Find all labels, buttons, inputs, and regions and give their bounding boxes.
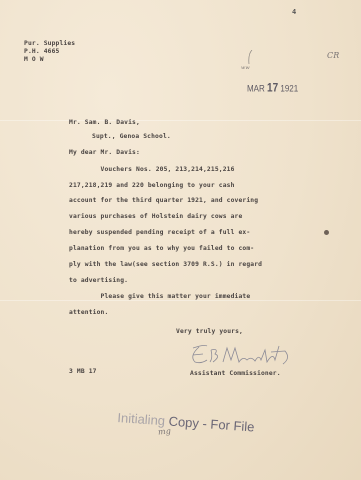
paper-crease <box>0 120 361 121</box>
body-line: to advertising. <box>69 277 128 285</box>
body-line: various purchases of Holstein dairy cows… <box>69 213 242 221</box>
page-number: 4 <box>292 8 296 16</box>
date-stamp: MAR 17 1921 <box>247 82 298 95</box>
body-line: planation from you as to why you failed … <box>69 245 254 253</box>
recipient-title: Supt., Genoa School. <box>92 133 171 141</box>
pencil-mark-icon <box>246 50 254 66</box>
file-stamp-text: Copy - For File <box>165 413 255 434</box>
body-line: Please give this matter your immediate <box>69 293 250 301</box>
file-stamp-initials: mg <box>158 427 172 436</box>
signer-title: Assistant Commissioner. <box>190 370 281 378</box>
header-line-1: Pur. Supplies <box>24 40 75 48</box>
signature-icon <box>185 342 295 368</box>
complimentary-close: Very truly yours, <box>176 328 243 336</box>
body-line: Vouchers Nos. 205, 213,214,215,216 <box>69 166 235 174</box>
ink-spot <box>324 230 329 235</box>
date-stamp-month: MAR <box>247 83 265 93</box>
date-stamp-day: 17 <box>267 82 278 95</box>
reference-code: 3 MB 17 <box>69 368 97 376</box>
body-line: attention. <box>69 309 108 317</box>
date-stamp-year: 1921 <box>280 83 298 93</box>
salutation: My dear Mr. Davis: <box>69 149 140 157</box>
recipient-name: Mr. Sam. B. Davis, <box>69 119 140 127</box>
header-line-3: M O W <box>24 56 44 64</box>
header-line-2: P.H. 4665 <box>24 48 59 56</box>
letter-page: 4 Pur. Supplies P.H. 4665 M O W CR ww MA… <box>0 0 361 480</box>
file-copy-stamp: Initialing Copy - For File <box>117 410 255 435</box>
file-stamp-faded-text: Initialing <box>117 410 166 428</box>
initials-annotation: CR <box>327 52 339 60</box>
body-line: ply with the law(see section 3709 R.S.) … <box>69 261 262 269</box>
body-line: 217,218,219 and 220 belonging to your ca… <box>69 182 235 190</box>
signature: E.B. Meritt <box>185 342 295 372</box>
body-line: account for the third quarter 1921, and … <box>69 197 258 205</box>
body-line: hereby suspended pending receipt of a fu… <box>69 229 250 237</box>
